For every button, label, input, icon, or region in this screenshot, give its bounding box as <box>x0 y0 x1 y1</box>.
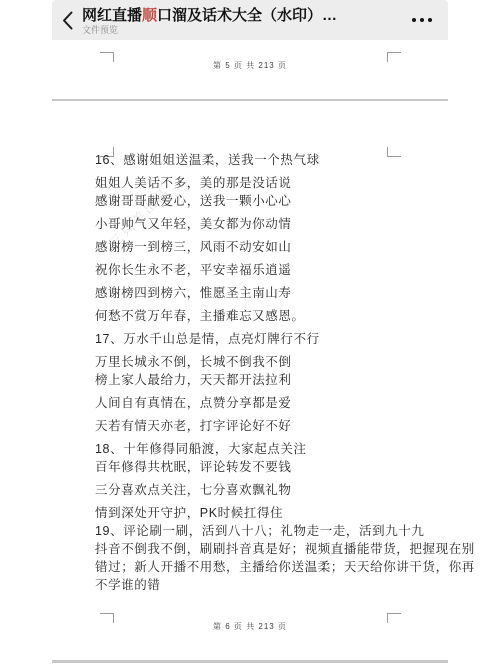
paragraph: 情到深处开守护，PK时候扛得住19、评论刷一刷，活到八十八；礼物走一走，活到九十… <box>95 504 445 594</box>
text-line: 何愁不赏万年春，主播难忘又感恩。 <box>95 307 445 325</box>
text-line: 16、感谢姐姐送温柔，送我一个热气球 <box>95 151 445 169</box>
paragraph: 人间自有真情在，点赞分享都是爱 <box>95 394 445 412</box>
paragraph: 天若有情天亦老，打字评论好不好 <box>95 417 445 435</box>
document-text: 16、感谢姐姐送温柔，送我一个热气球姐姐人美话不多，美的那是没话说感谢哥哥献爱心… <box>95 151 445 599</box>
text-line: 人间自有真情在，点赞分享都是爱 <box>95 394 445 412</box>
title-prefix: 网红直播 <box>82 7 142 24</box>
more-dots-icon <box>412 18 416 22</box>
text-line: 情到深处开守护，PK时候扛得住 <box>95 504 445 522</box>
text-line: 19、评论刷一刷，活到八十八；礼物走一走，活到九十九 <box>95 522 445 540</box>
back-button[interactable] <box>52 0 82 40</box>
chevron-left-icon <box>62 11 73 30</box>
more-dots-icon <box>420 18 424 22</box>
text-line: 祝你长生永不老，平安幸福乐逍遥 <box>95 261 445 279</box>
text-line: 小哥帅气又年轻，美女都为你动情 <box>95 215 445 233</box>
paragraph: 三分喜欢点关注，七分喜欢飘礼物 <box>95 481 445 499</box>
text-line: 17、万水千山总是情，点亮灯牌行不行 <box>95 330 445 348</box>
page-6-footer: 第 6 页 共 213 页 <box>52 621 448 632</box>
more-menu-button[interactable] <box>396 0 448 40</box>
document-title: 网红直播顺口溜及话术大全（水印）… <box>82 7 396 24</box>
page-5-footer: 第 5 页 共 213 页 <box>52 60 448 71</box>
more-dots-icon <box>428 18 432 22</box>
file-preview-screen: 网红直播顺口溜及话术大全（水印）… 文件预览 第 5 页 共 213 页 三只羊… <box>52 0 448 666</box>
text-line: 错过；新人开播不用愁，主播给你送温柔；天天给你讲干货，你再 <box>95 558 445 576</box>
paragraph: 祝你长生永不老，平安幸福乐逍遥 <box>95 261 445 279</box>
text-line: 天若有情天亦老，打字评论好不好 <box>95 417 445 435</box>
title-suffix: 口溜及话术大全（水印）… <box>157 7 337 24</box>
text-line: 万里长城永不倒，长城不倒我不倒 <box>95 353 445 371</box>
text-line: 姐姐人美话不多，美的那是没话说 <box>95 174 445 192</box>
page-separator <box>52 99 448 101</box>
text-line: 不学谁的错 <box>95 576 445 594</box>
paragraph: 万里长城永不倒，长城不倒我不倒榜上家人最给力，天天都开法拉利 <box>95 353 445 389</box>
title-highlighted-char: 顺 <box>142 7 157 24</box>
text-line: 感谢榜一到榜三，风雨不动安如山 <box>95 238 445 256</box>
text-line: 感谢哥哥献爱心，送我一颗小心心 <box>95 192 445 210</box>
header-bar: 网红直播顺口溜及话术大全（水印）… 文件预览 <box>52 0 448 40</box>
paragraph: 16、感谢姐姐送温柔，送我一个热气球 <box>95 151 445 169</box>
text-line: 百年修得共枕眠，评论转发不要钱 <box>95 458 445 476</box>
paragraph: 感谢榜四到榜六，惟愿圣主南山寿 <box>95 284 445 302</box>
paragraph: 姐姐人美话不多，美的那是没话说感谢哥哥献爱心，送我一颗小心心 <box>95 174 445 210</box>
preview-mode-label: 文件预览 <box>82 25 396 36</box>
text-line: 感谢榜四到榜六，惟愿圣主南山寿 <box>95 284 445 302</box>
text-line: 抖音不倒我不倒，刷刷抖音真是好；视频直播能带货，把握现在别 <box>95 540 445 558</box>
text-line: 榜上家人最给力，天天都开法拉利 <box>95 371 445 389</box>
text-line: 三分喜欢点关注，七分喜欢飘礼物 <box>95 481 445 499</box>
paragraph: 17、万水千山总是情，点亮灯牌行不行 <box>95 330 445 348</box>
page-separator <box>52 660 448 663</box>
paragraph: 感谢榜一到榜三，风雨不动安如山 <box>95 238 445 256</box>
text-line: 18、十年修得同船渡，大家起点关注 <box>95 440 445 458</box>
paragraph: 18、十年修得同船渡，大家起点关注百年修得共枕眠，评论转发不要钱 <box>95 440 445 476</box>
paragraph: 何愁不赏万年春，主播难忘又感恩。 <box>95 307 445 325</box>
header-titles: 网红直播顺口溜及话术大全（水印）… 文件预览 <box>82 5 396 36</box>
paragraph: 小哥帅气又年轻，美女都为你动情 <box>95 215 445 233</box>
